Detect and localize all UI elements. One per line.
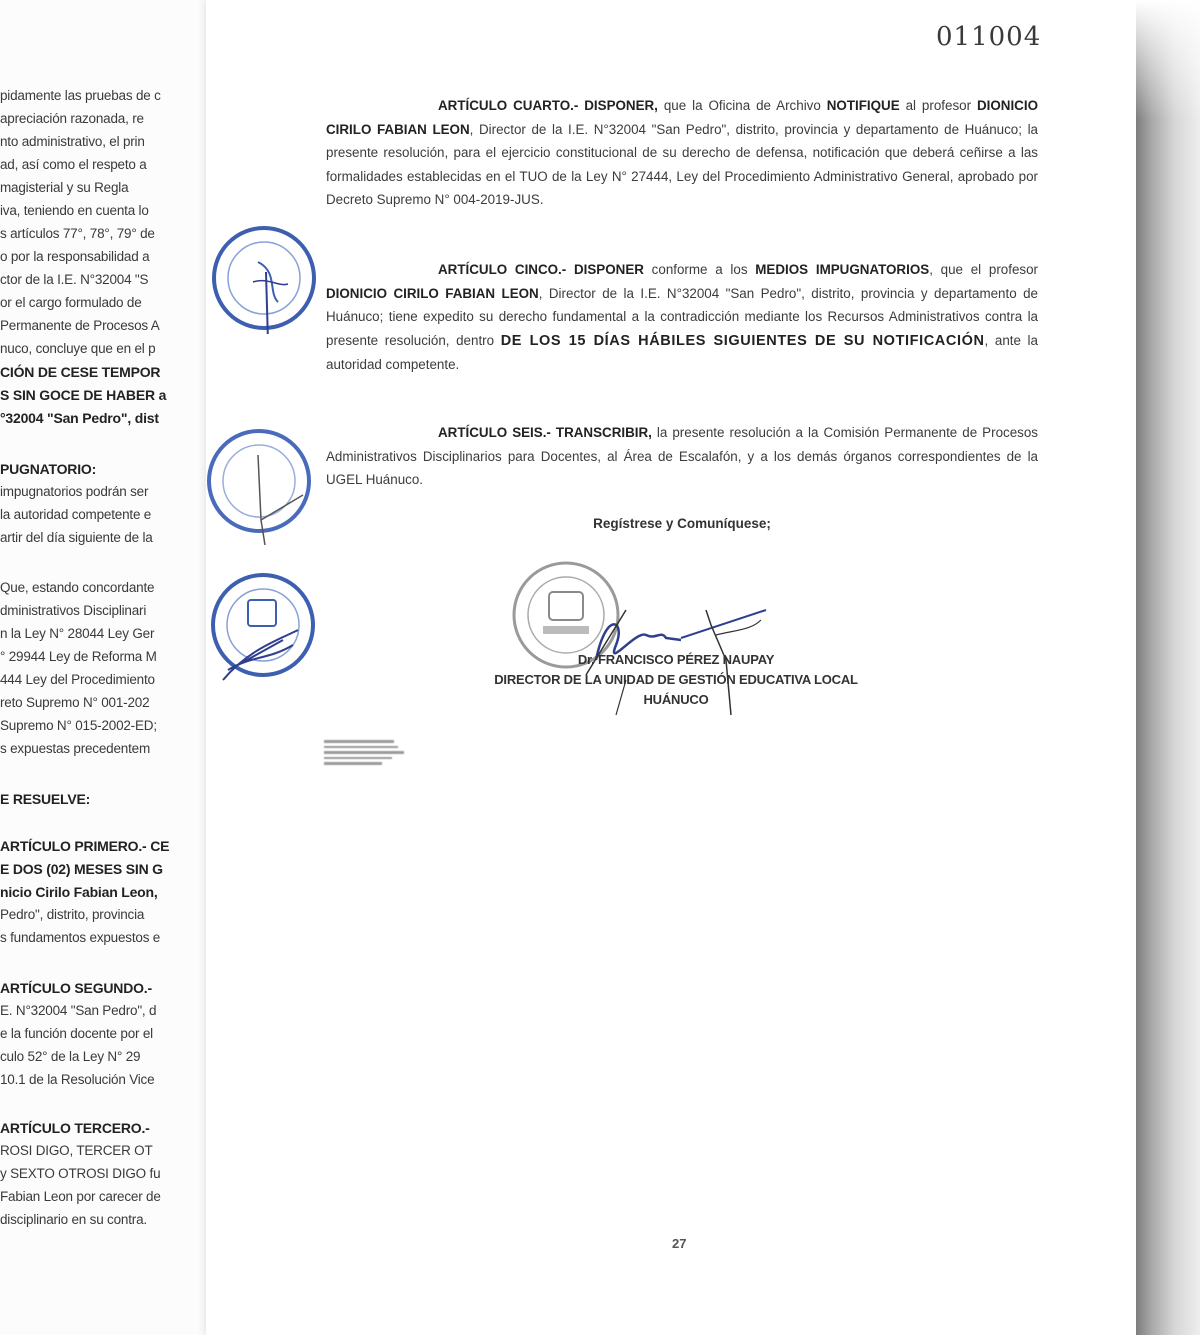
signature-block: Dr. FRANCISCO PÉREZ NAUPAY DIRECTOR DE L… <box>461 650 891 710</box>
back-page-line: nto administrativo, el prin <box>0 134 145 150</box>
page-edge-shadow <box>1136 0 1200 1335</box>
back-page-line: dministrativos Disciplinari <box>0 603 146 619</box>
back-page-line: s expuestas precedentem <box>0 741 150 757</box>
back-page-line: Supremo N° 015-2002-ED; <box>0 718 157 734</box>
back-page-line: Fabian Leon por carecer de <box>0 1189 161 1205</box>
back-page-line: E RESUELVE: <box>0 791 90 807</box>
back-page-line: apreciación razonada, re <box>0 111 144 127</box>
signatory-name: Dr. FRANCISCO PÉREZ NAUPAY <box>461 650 891 670</box>
back-page-line: ad, así como el respeto a <box>0 157 147 173</box>
blue-seal-stamp-3 <box>208 570 318 688</box>
blue-seal-stamp-2 <box>203 425 315 550</box>
back-page-line: s artículos 77°, 78°, 79° de <box>0 226 155 242</box>
back-page-line: Pedro", distrito, provincia <box>0 907 144 923</box>
back-page-line: y SEXTO OTROSI DIGO fu <box>0 1166 160 1182</box>
signatory-place: HUÁNUCO <box>461 690 891 710</box>
back-page-line: ROSI DIGO, TERCER OT <box>0 1143 153 1159</box>
back-page-line: 10.1 de la Resolución Vice <box>0 1072 154 1088</box>
articulo-cuarto: ARTÍCULO CUARTO.- DISPONER, que la Ofici… <box>326 94 1038 212</box>
back-page-line: CIÓN DE CESE TEMPOR <box>0 364 160 380</box>
back-page-line: nicio Cirilo Fabian Leon, <box>0 884 158 900</box>
back-page-line: culo 52° de la Ley N° 29 <box>0 1049 140 1065</box>
back-page-line: °32004 "San Pedro", dist <box>0 410 159 426</box>
back-page-line: 444 Ley del Procedimiento <box>0 672 155 688</box>
articulo-seis: ARTÍCULO SEIS.- TRANSCRIBIR, la presente… <box>326 421 1038 492</box>
back-page-line: E. N°32004 "San Pedro", d <box>0 1003 156 1019</box>
back-page-line: e la función docente por el <box>0 1026 153 1042</box>
back-page-line: n la Ley N° 28044 Ley Ger <box>0 626 154 642</box>
back-page-line: o por la responsabilidad a <box>0 249 149 265</box>
back-page-line: la autoridad competente e <box>0 507 151 523</box>
back-page-line: iva, teniendo en cuenta lo <box>0 203 149 219</box>
back-page-line: E DOS (02) MESES SIN G <box>0 861 163 877</box>
back-page-line: disciplinario en su contra. <box>0 1212 147 1228</box>
initials-block <box>324 740 404 768</box>
back-page-line: reto Supremo N° 001-202 <box>0 695 149 711</box>
back-page-line: impugnatorios podrán ser <box>0 484 148 500</box>
back-page-line: s fundamentos expuestos e <box>0 930 160 946</box>
articulo-cinco: ARTÍCULO CINCO.- DISPONER conforme a los… <box>326 258 1038 377</box>
back-page-line: magisterial y su Regla <box>0 180 128 196</box>
back-page-line: ARTÍCULO SEGUNDO.- <box>0 980 152 996</box>
back-page-line: S SIN GOCE DE HABER a <box>0 387 166 403</box>
back-page-line: nuco, concluye que en el p <box>0 341 155 357</box>
blue-seal-stamp-1 <box>208 222 320 334</box>
front-page: 011004 ARTÍCULO CUARTO.- DISPONER, que l… <box>206 0 1136 1335</box>
closing-text: Regístrese y Comuníquese; <box>326 516 1038 531</box>
back-page-line: Que, estando concordante <box>0 580 154 596</box>
back-page-line: ARTÍCULO PRIMERO.- CE <box>0 838 169 854</box>
document-number: 011004 <box>936 22 1041 52</box>
page-number: 27 <box>672 1236 686 1251</box>
signatory-title: DIRECTOR DE LA UNIDAD DE GESTIÓN EDUCATI… <box>461 670 891 690</box>
back-page-line: ° 29944 Ley de Reforma M <box>0 649 157 665</box>
back-page-line: or el cargo formulado de <box>0 295 142 311</box>
page-edge-shadow-fade <box>1136 0 1200 120</box>
back-page-line: PUGNATORIO: <box>0 461 96 477</box>
back-page-line: pidamente las pruebas de c <box>0 88 161 104</box>
back-page-line: ctor de la I.E. N°32004 "S <box>0 272 148 288</box>
back-page-line: artir del día siguiente de la <box>0 530 153 546</box>
back-page-line: Permanente de Procesos A <box>0 318 160 334</box>
back-page: pidamente las pruebas de capreciación ra… <box>0 0 206 1335</box>
back-page-line: ARTÍCULO TERCERO.- <box>0 1120 150 1136</box>
